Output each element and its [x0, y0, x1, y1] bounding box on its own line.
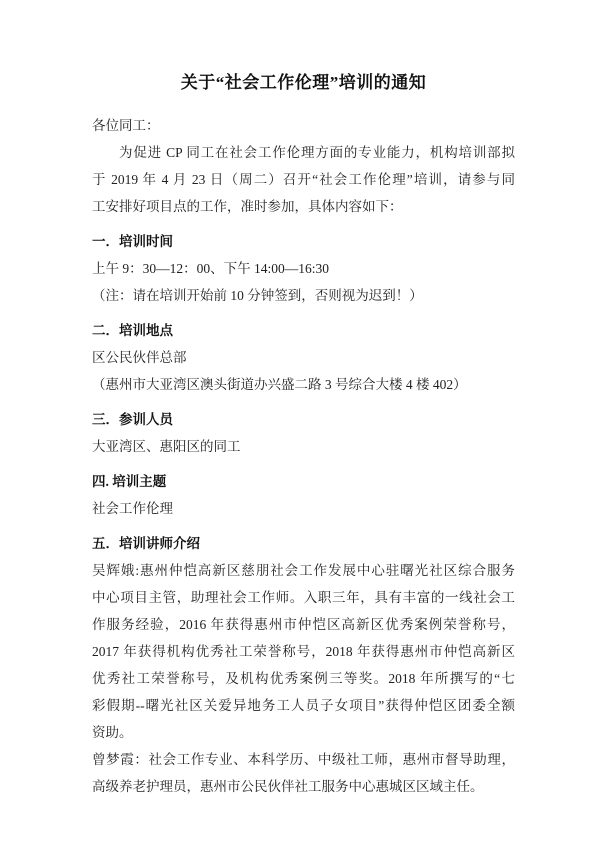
text-line: 吴辉娥:惠州仲恺高新区慈朋社会工作发展中心驻曙光社区综合服务	[92, 557, 515, 584]
notice-section: 二．培训地点区公民伙伴总部（惠州市大亚湾区澳头街道办兴盛二路 3 号综合大楼 4…	[92, 317, 515, 398]
text-line: 彩假期--曙光社区关爱异地务工人员子女项目”获得仲恺区团委全额	[92, 692, 515, 719]
intro-paragraph: 为促进 CP 同工在社会工作伦理方面的专业能力，机构培训部拟于 2019 年 4…	[92, 139, 515, 220]
text-line: 为促进 CP 同工在社会工作伦理方面的专业能力，机构培训部拟	[92, 139, 515, 166]
text-line: 于 2019 年 4 月 23 日（周二）召开“社会工作伦理”培训，请参与同	[92, 166, 515, 193]
section-heading: 三．参训人员	[92, 406, 515, 433]
notice-section: 一．培训时间上午 9：30—12：00、下午 14:00—16:30（注：请在培…	[92, 228, 515, 309]
text-line: 中心项目主管，助理社会工作师。入职三年，具有丰富的一线社会工	[92, 584, 515, 611]
section-heading: 四. 培训主题	[92, 468, 515, 495]
text-line: （注：请在培训开始前 10 分钟签到，否则视为迟到！）	[92, 282, 515, 309]
text-line: 高级养老护理员，惠州市公民伙伴社工服务中心惠城区区域主任。	[92, 773, 515, 800]
text-line: （惠州市大亚湾区澳头街道办兴盛二路 3 号综合大楼 4 楼 402）	[92, 371, 515, 398]
text-line: 大亚湾区、惠阳区的同工	[92, 433, 515, 460]
page-title: 关于“社会工作伦理”培训的通知	[92, 73, 515, 93]
section-heading: 二．培训地点	[92, 317, 515, 344]
text-line: 曾梦霞：社会工作专业、本科学历、中级社工师，惠州市督导助理，	[92, 746, 515, 773]
text-line: 优秀社工荣誉称号，及机构优秀案例三等奖。2018 年所撰写的“七	[92, 665, 515, 692]
notice-section: 五．培训讲师介绍吴辉娥:惠州仲恺高新区慈朋社会工作发展中心驻曙光社区综合服务中心…	[92, 530, 515, 800]
notice-section: 四. 培训主题社会工作伦理	[92, 468, 515, 522]
document-page: 关于“社会工作伦理”培训的通知 各位同工： 为促进 CP 同工在社会工作伦理方面…	[0, 0, 600, 848]
text-line: 区公民伙伴总部	[92, 344, 515, 371]
text-line: 作服务经验，2016 年获得惠州市仲恺区高新区优秀案例荣誉称号，	[92, 611, 515, 638]
section-list: 一．培训时间上午 9：30—12：00、下午 14:00—16:30（注：请在培…	[92, 228, 515, 800]
text-line: 上午 9：30—12：00、下午 14:00—16:30	[92, 255, 515, 282]
section-heading: 一．培训时间	[92, 228, 515, 255]
text-line: 资助。	[92, 719, 515, 746]
notice-section: 三．参训人员大亚湾区、惠阳区的同工	[92, 406, 515, 460]
text-line: 工安排好项目点的工作，准时参加，具体内容如下：	[92, 193, 515, 220]
section-heading: 五．培训讲师介绍	[92, 530, 515, 557]
text-line: 2017 年获得机构优秀社工荣誉称号，2018 年获得惠州市仲恺高新区	[92, 638, 515, 665]
text-line: 社会工作伦理	[92, 495, 515, 522]
salutation: 各位同工：	[92, 112, 515, 139]
